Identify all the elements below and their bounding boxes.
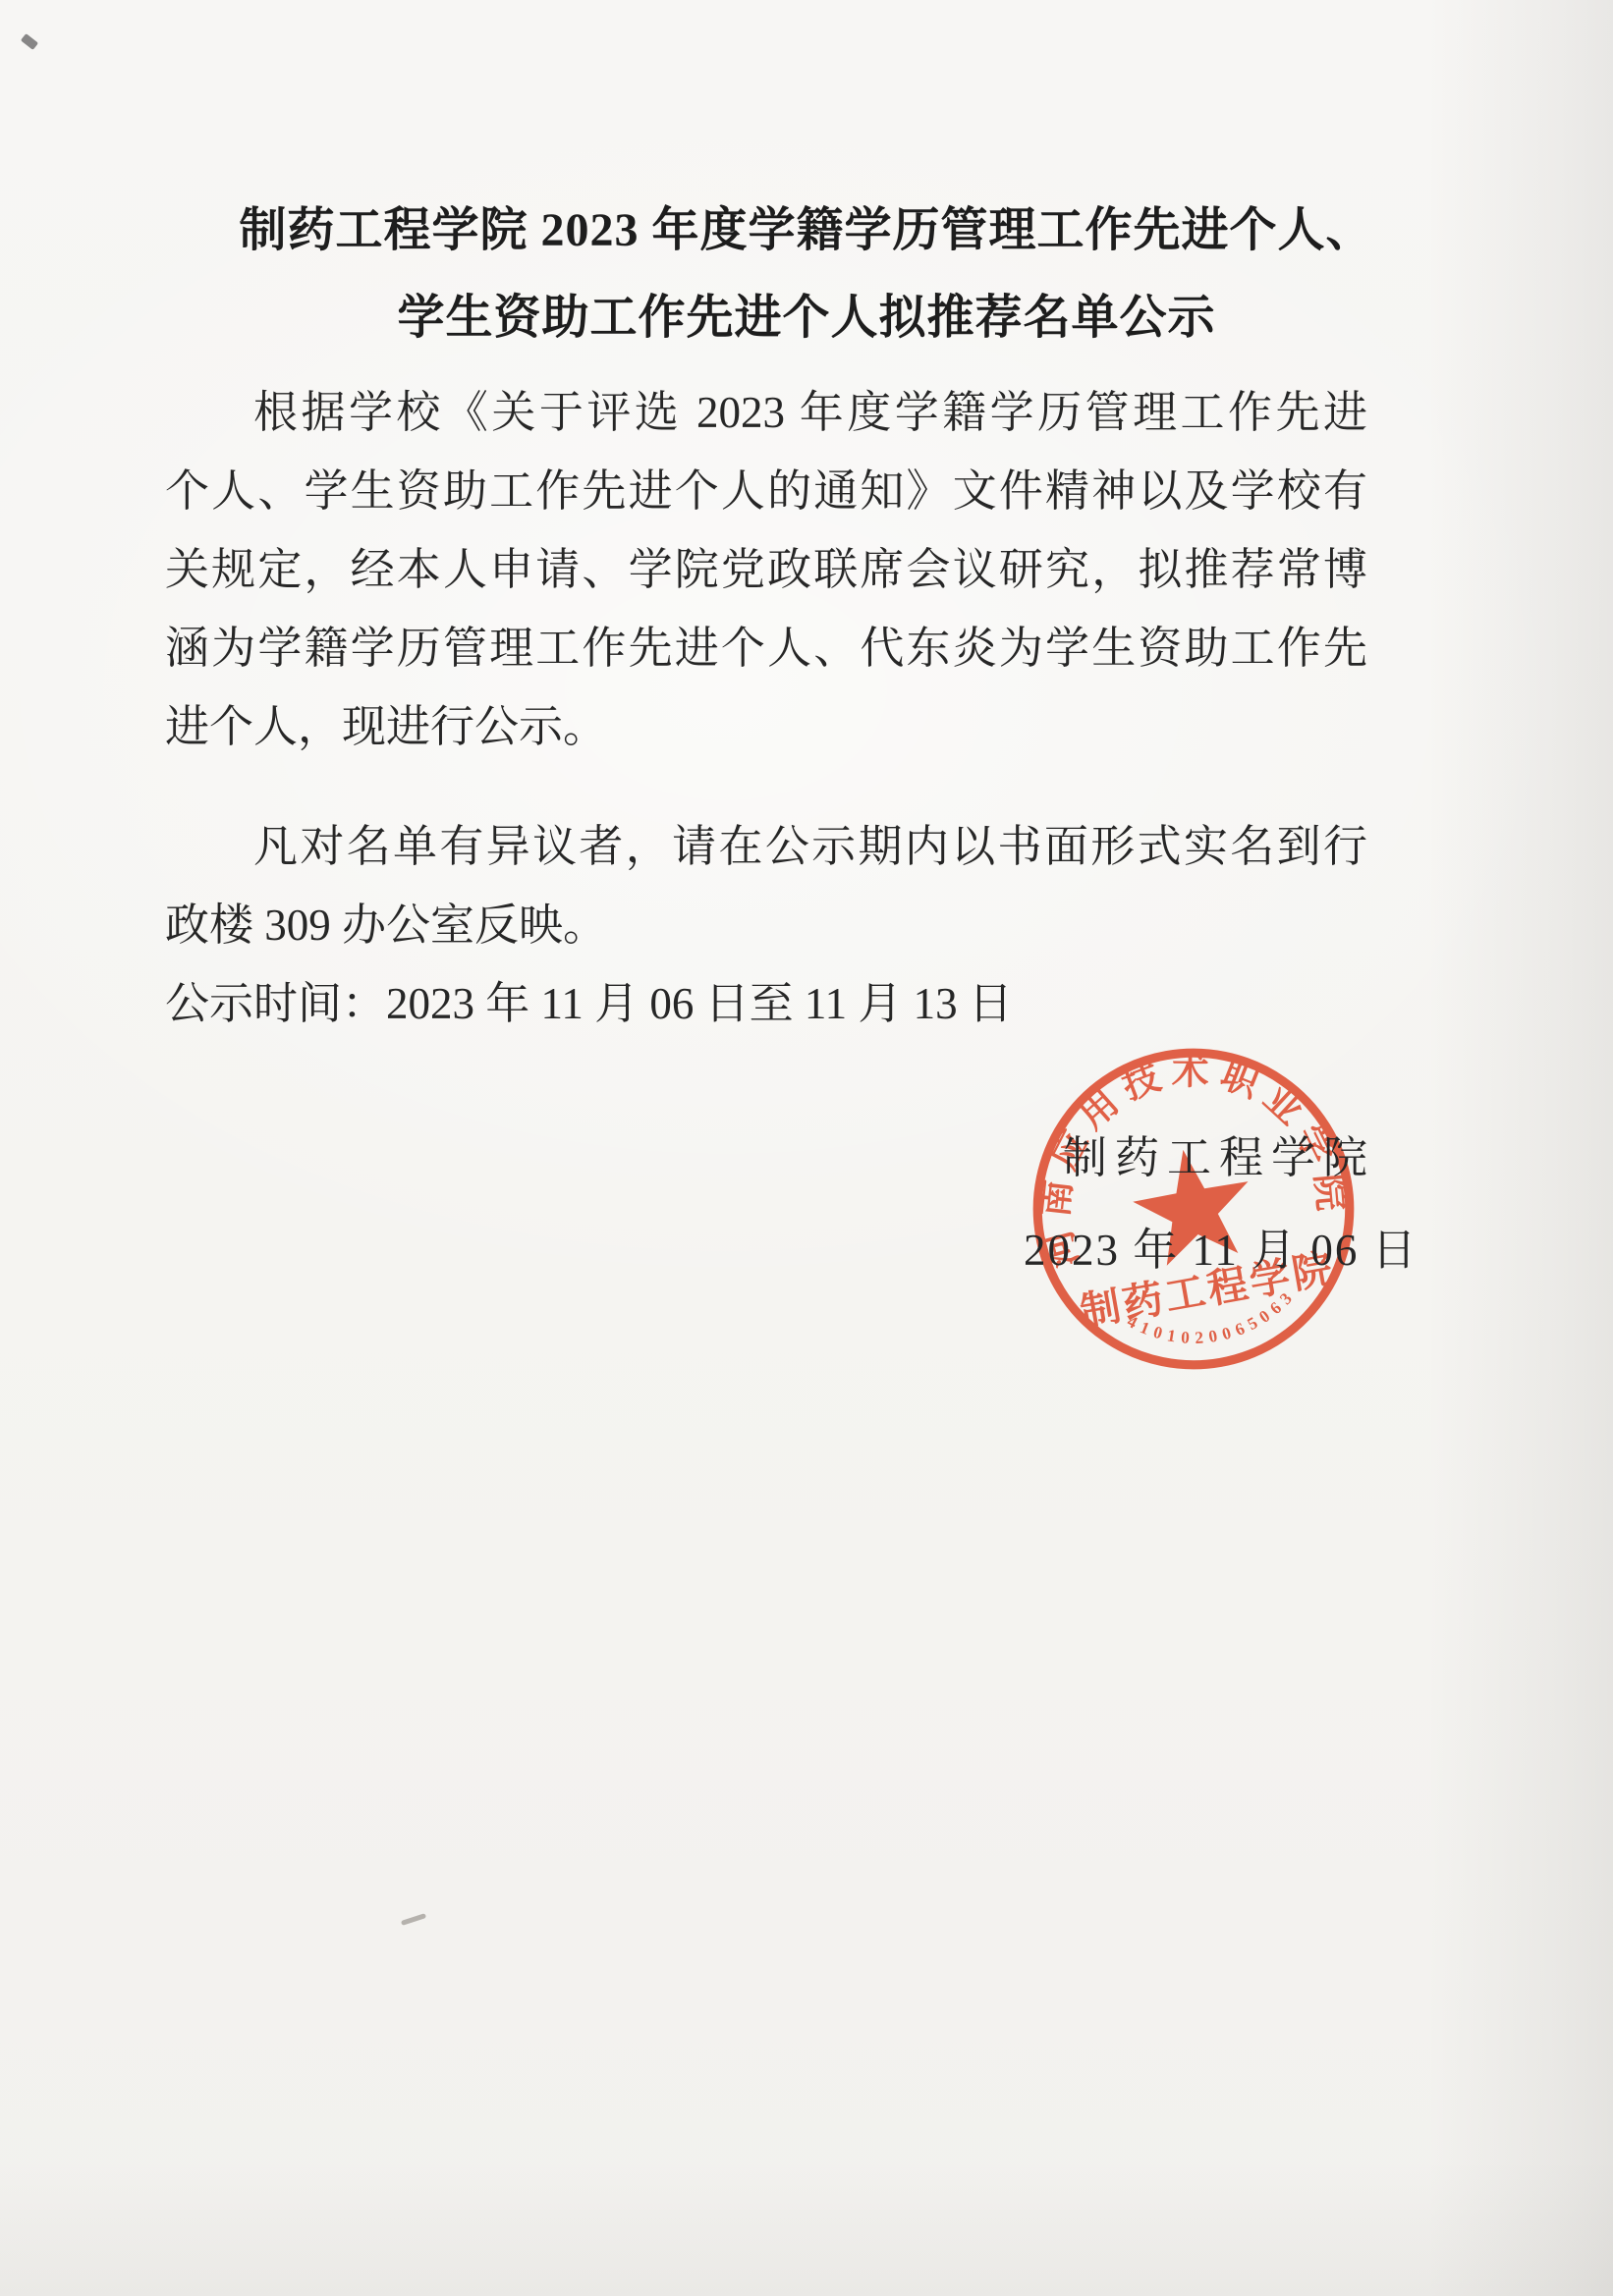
body-line: 进个人，现进行公示。	[165, 687, 1367, 766]
paragraph-main: 根据学校《关于评选 2023 年度学籍学历管理工作先进 个人、学生资助工作先进个…	[165, 373, 1367, 766]
body-line: 根据学校《关于评选 2023 年度学籍学历管理工作先进	[165, 373, 1367, 452]
body-line: 涵为学籍学历管理工作先进个人、代东炎为学生资助工作先	[165, 609, 1367, 687]
body-line: 凡对名单有异议者，请在公示期内以书面形式实名到行	[165, 807, 1367, 886]
paragraph-spacer	[165, 766, 1367, 807]
title-line-2: 学生资助工作先进个人拟推荐名单公示	[0, 274, 1613, 361]
notice-body: 根据学校《关于评选 2023 年度学籍学历管理工作先进 个人、学生资助工作先进个…	[165, 373, 1367, 1043]
title-line-1: 制药工程学院 2023 年度学籍学历管理工作先进个人、	[0, 187, 1613, 274]
body-line: 政楼 309 办公室反映。	[165, 886, 1367, 964]
scan-artifact	[401, 1913, 426, 1926]
paragraph-objection: 凡对名单有异议者，请在公示期内以书面形式实名到行 政楼 309 办公室反映。	[165, 807, 1367, 964]
signature-organization: 制药工程学院	[1063, 1121, 1375, 1185]
signature-date: 2023 年 11 月 06 日	[1024, 1214, 1418, 1278]
publicity-period-line: 公示时间：2023 年 11 月 06 日至 11 月 13 日	[165, 964, 1367, 1043]
scan-edge-shadow	[0, 2159, 1613, 2296]
scanned-notice-page: 制药工程学院 2023 年度学籍学历管理工作先进个人、 学生资助工作先进个人拟推…	[0, 0, 1613, 2296]
body-line: 个人、学生资助工作先进个人的通知》文件精神以及学校有	[165, 452, 1367, 530]
notice-title: 制药工程学院 2023 年度学籍学历管理工作先进个人、 学生资助工作先进个人拟推…	[0, 0, 1613, 361]
official-seal-stamp: 河南应用技术职业学院 制药工程学院 4101020065063	[1024, 1039, 1363, 1379]
body-line: 关规定，经本人申请、学院党政联席会议研究，拟推荐常博	[165, 530, 1367, 609]
